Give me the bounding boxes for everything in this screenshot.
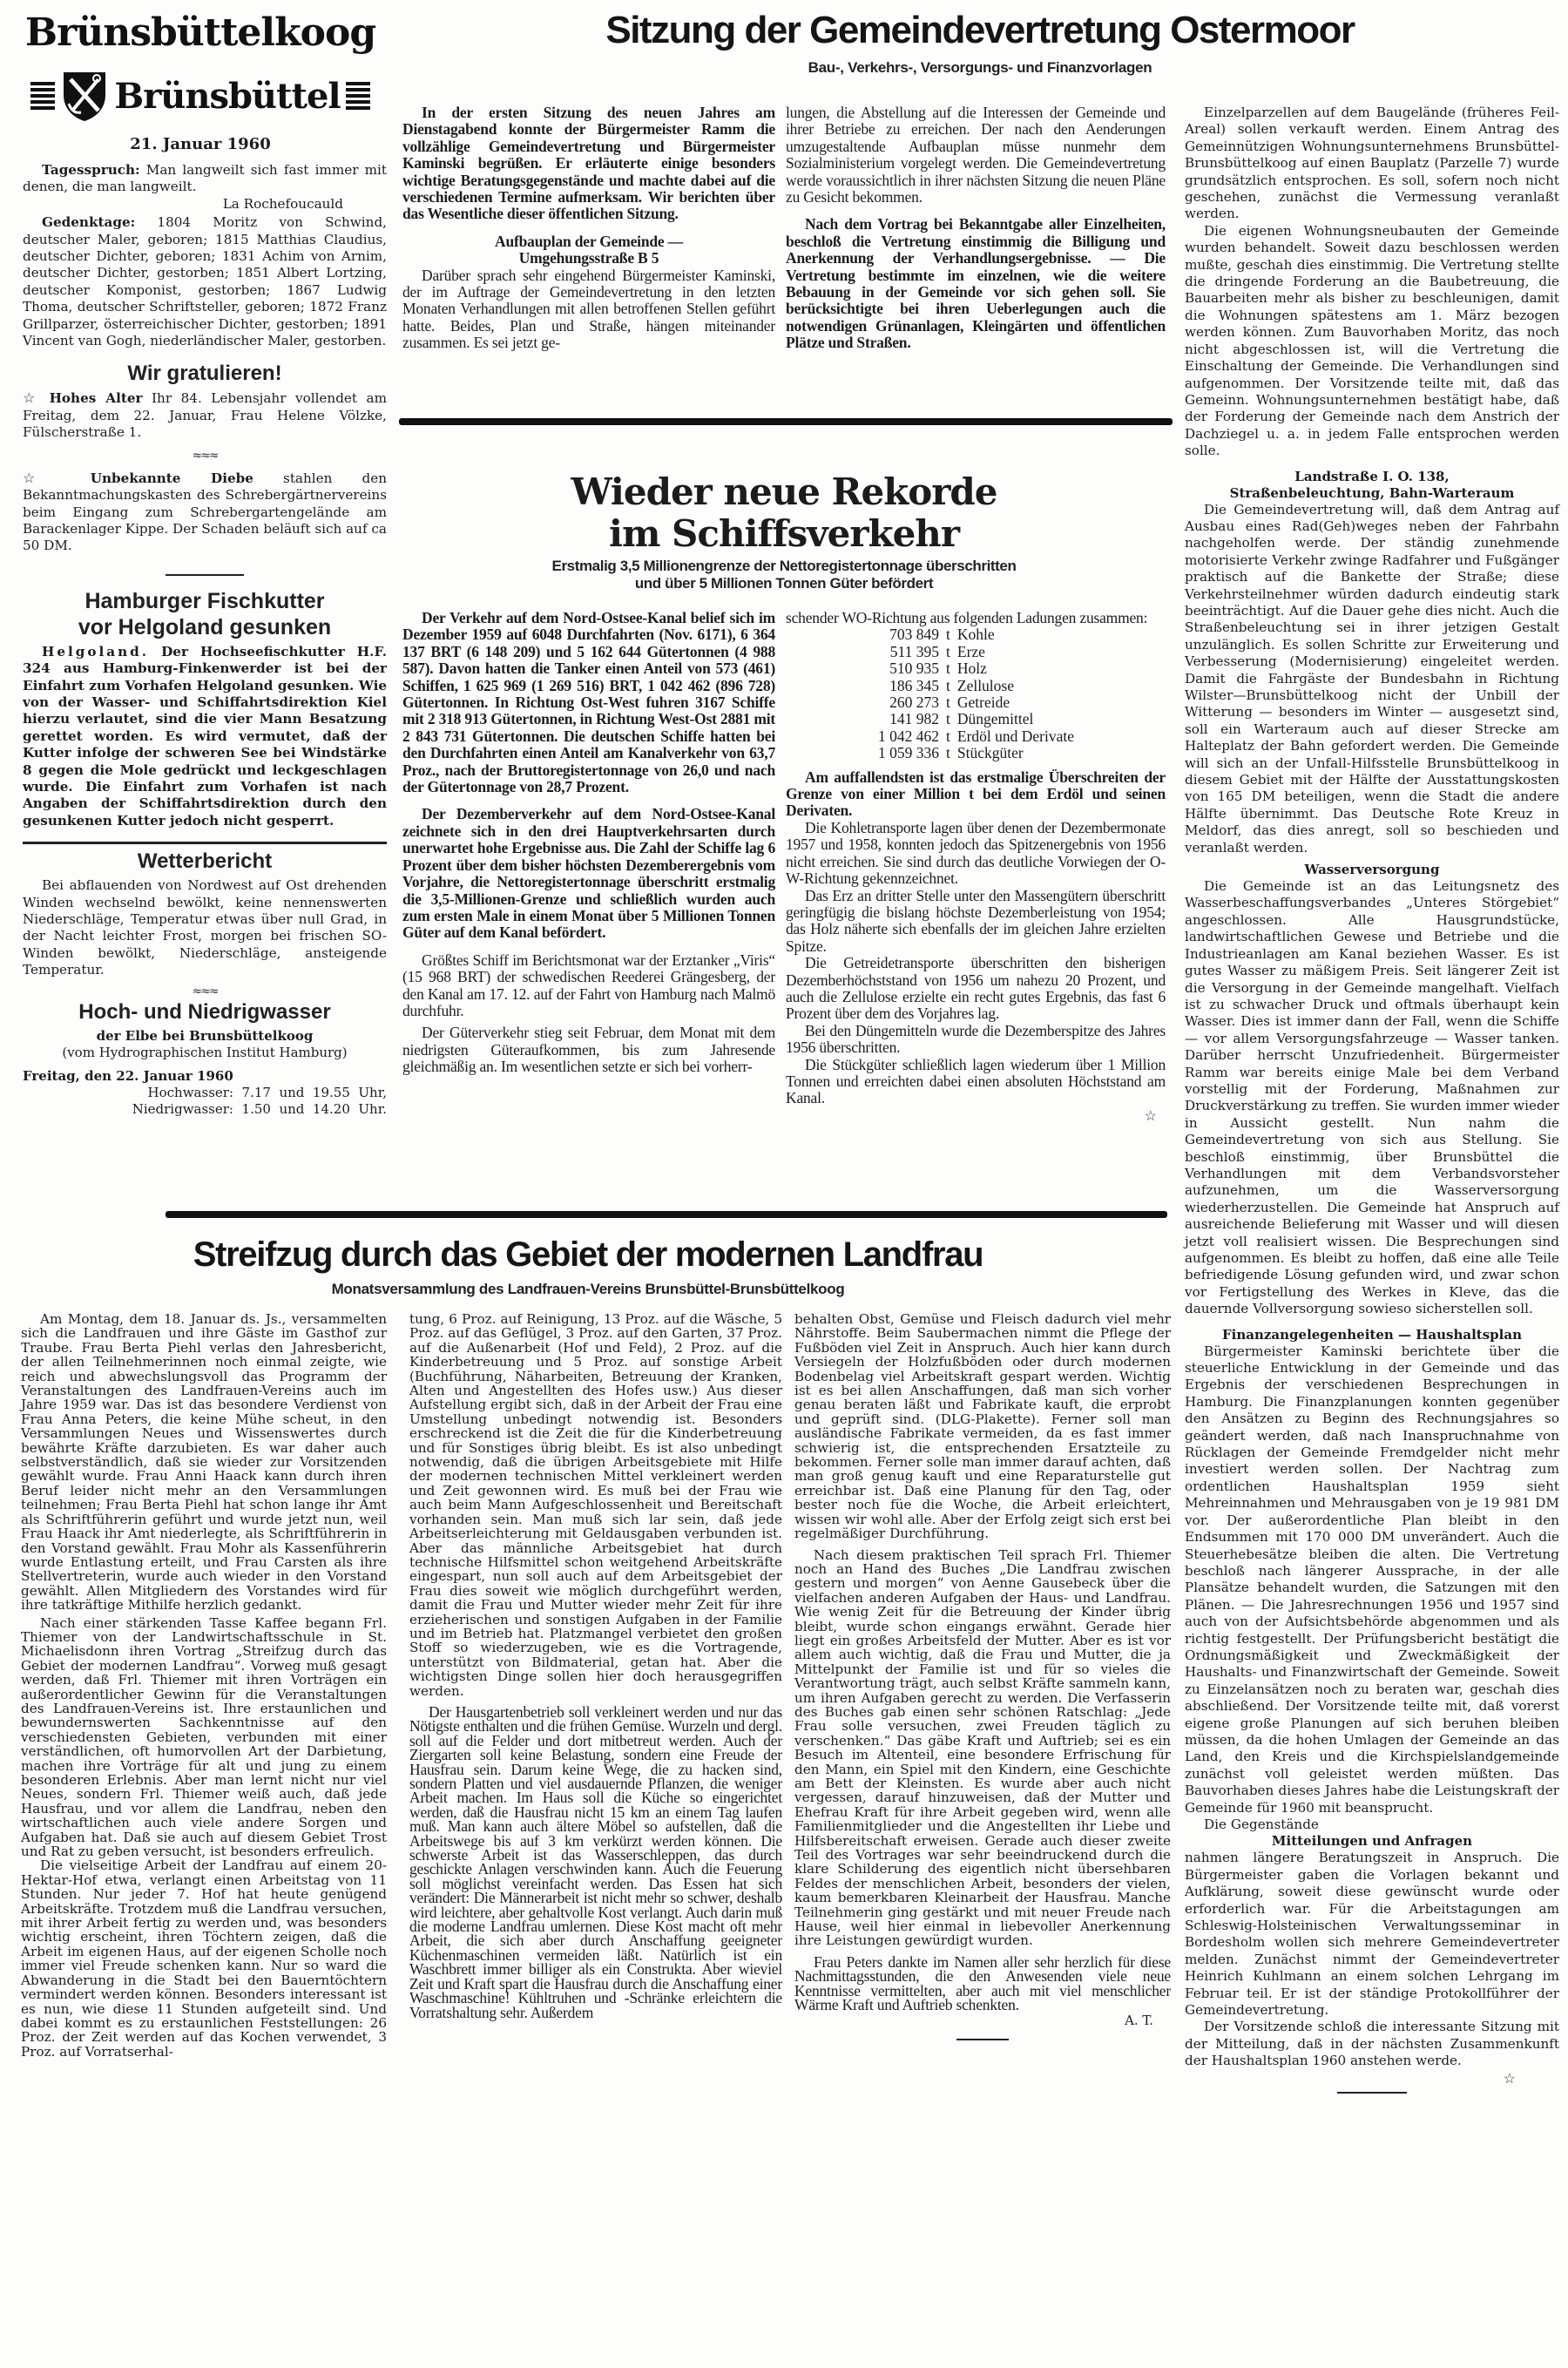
sitzung-section1-text: Darüber sprach sehr eingehend Bürgermeis… [402, 267, 775, 352]
cargo-table: 703 849tKohle 511 395tErze 510 935tHolz … [821, 626, 1078, 761]
table-row: 703 849tKohle [821, 626, 1078, 643]
diebe-label: Unbekannte Diebe [91, 470, 253, 486]
fischkutter-dateline: Helgoland. [42, 644, 149, 660]
sitzung-closing: Der Vorsitzende schloß die interessante … [1185, 2019, 1559, 2069]
rekorde-col2-p1: Die Kohletransporte lagen über denen der… [786, 820, 1166, 888]
sitzung-col3: Einzelparzellen auf dem Baugelände (früh… [1185, 105, 1559, 2099]
landfrau-headline: Streifzug durch das Gebiet der modernen … [0, 1235, 1176, 1275]
divider [166, 574, 244, 576]
wave-divider-icon: ≈≈≈ [23, 984, 387, 998]
wasserstand-heading: Hoch- und Niedrigwasser [23, 1000, 387, 1025]
sitzung-subheadline: Bau-, Verkehrs-, Versorgungs- und Finanz… [392, 59, 1568, 77]
tagesspruch-author: La Rochefoucauld [23, 196, 387, 213]
rekorde-col1-bold2: Der Dezemberverkehr auf dem Nord-Ostsee-… [402, 806, 775, 941]
star-icon: ☆ [23, 470, 61, 486]
table-row: 1 059 336tStückgüter [821, 745, 1078, 761]
sitzung-col3-p1: Einzelparzellen auf dem Baugelände (früh… [1185, 105, 1559, 223]
landfrau-col1: Am Montag, dem 18. Januar ds. Js., versa… [21, 1312, 387, 2059]
sitzung-section5-text: nahmen längere Beratungszeit in Anspruch… [1185, 1850, 1559, 2019]
hohes-alter-label: Hohes Alter [50, 390, 143, 406]
table-row: 510 935tHolz [821, 660, 1078, 677]
landfrau-col3-p2: Nach diesem praktischen Teil sprach Frl.… [794, 1548, 1171, 1948]
gedenktage-label: Gedenktage: [42, 214, 135, 230]
masthead: Brünsbüttelkoog Brünsbüttel 21. Januar 1… [17, 9, 383, 157]
unbekannte-diebe: ☆ Unbekannte Diebe stahlen den Bekanntma… [23, 470, 387, 555]
tagesspruch-label: Tagesspruch: [42, 162, 140, 178]
masthead-title-brunsbuettelkoog: Brünsbüttelkoog [17, 10, 383, 55]
wetter-heading: Wetterbericht [23, 849, 387, 874]
rekorde-col2: schender WO-Richtung aus folgenden Ladun… [786, 610, 1166, 1124]
sitzung-col1: In der ersten Sitzung des neuen Jahres a… [402, 105, 775, 352]
sitzung-col3-p2: Die eigenen Wohnungsneubauten der Gemein… [1185, 223, 1559, 460]
section-divider [166, 1211, 1167, 1218]
table-row: 1 042 462tErdöl und Derivate [821, 728, 1078, 745]
landfrau-col3-p1: behalten Obst, Gemüse und Fleisch dadurc… [794, 1312, 1171, 1541]
section-heading-landstrasse-1: Landstraße I. O. 138, [1185, 469, 1559, 485]
hochwasser-times: Hochwasser: 7.17 und 19.55 Uhr, [23, 1085, 387, 1101]
divider [23, 842, 387, 844]
rekorde-col1: Der Verkehr auf dem Nord-Ostsee-Kanal be… [402, 610, 775, 1076]
gedenktage: Gedenktage: 1804 Moritz von Schwind, deu… [23, 214, 387, 349]
fischkutter-text: Helgoland. Der Hochseefischkutter H.F. 3… [23, 644, 387, 829]
landfrau-col2-p2: Der Hausgartenbetrieb soll verkleinert w… [409, 1705, 782, 2020]
rekorde-col2-p3: Die Getreidetransporte überschritten den… [786, 955, 1166, 1023]
sitzung-lead: In der ersten Sitzung des neuen Jahres a… [402, 105, 775, 223]
section-heading-aufbauplan-2: Umgehungsstraße B 5 [402, 250, 775, 267]
rekorde-col2-p4: Bei den Düngemitteln wurde die Dezembers… [786, 1023, 1166, 1057]
sitzung-section2-text: Die Gemeindevertretung will, daß dem Ant… [1185, 502, 1559, 857]
wetter-text: Bei abflauenden von Nordwest auf Ost dre… [23, 877, 387, 978]
divider [956, 2039, 1009, 2040]
sitzung-section4-text: Bürgermeister Kaminski berichtete über d… [1185, 1343, 1559, 1817]
sitzung-col2-bold: Nach dem Vortrag bei Bekanntgabe aller E… [786, 216, 1166, 351]
table-row: 186 345tZellulose [821, 678, 1078, 694]
landfrau-col3: behalten Obst, Gemüse und Fleisch dadurc… [794, 1312, 1171, 2040]
sitzung-headline: Sitzung der Gemeindevertretung Ostermoor [392, 9, 1568, 52]
section-heading-mitteilungen: Mitteilungen und Anfragen [1185, 1833, 1559, 1850]
masthead-title-brunsbuettel: Brünsbüttel [114, 76, 340, 117]
wasserstand-day: Freitag, den 22. Januar 1960 [23, 1068, 387, 1085]
issue-date: 21. Januar 1960 [17, 135, 383, 153]
landfrau-col1-p1: Am Montag, dem 18. Januar ds. Js., versa… [21, 1312, 387, 1613]
fischkutter-body: Der Hochseefischkutter H.F. 324 aus Hamb… [23, 644, 387, 829]
landfrau-col1-p3: Die vielseitige Arbeit der Landfrau auf … [21, 1858, 387, 2059]
section-heading-finanzen: Finanzangelegenheiten — Haushaltsplan [1185, 1327, 1559, 1343]
niedrigwasser-times: Niedrigwasser: 1.50 und 14.20 Uhr. [23, 1101, 387, 1118]
section-heading-wasserversorgung: Wasserversorgung [1185, 862, 1559, 878]
anchor-crest-icon [60, 69, 109, 123]
gratulieren-heading: Wir gratulieren! [23, 362, 387, 386]
rekorde-col2-bold: Am auffallendsten ist das erstmalige Übe… [786, 769, 1166, 820]
table-row: 141 982tDüngemittel [821, 711, 1078, 727]
rekorde-col1-bold1: Der Verkehr auf dem Nord-Ostsee-Kanal be… [402, 610, 775, 795]
banner-right-icon [346, 82, 370, 110]
sitzung-col2: lungen, die Abstellung auf die Interesse… [786, 105, 1166, 352]
left-column: Tagesspruch: Man langweilt sich fast imm… [23, 162, 387, 1118]
rekorde-sub-line1: Erstmalig 3,5 Millionengrenze der Nettor… [392, 558, 1176, 575]
rekorde-sub-line2: und über 5 Millionen Tonnen Güter beförd… [392, 575, 1176, 592]
rekorde-col2-p2: Das Erz an dritter Stelle unter den Mass… [786, 888, 1166, 956]
star-icon: ☆ [786, 1107, 1166, 1124]
landfrau-subheadline: Monatsversammlung des Landfrauen-Vereins… [0, 1281, 1176, 1298]
fischkutter-heading-line2: vor Helgoland gesunken [23, 614, 387, 640]
banner-left-icon [30, 82, 55, 110]
sitzung-section3-text: Die Gemeinde ist an das Leitungsnetz des… [1185, 878, 1559, 1318]
landfrau-col1-p2: Nach einer stärkenden Tasse Kaffee began… [21, 1616, 387, 1859]
table-row: 511 395tErze [821, 644, 1078, 660]
fischkutter-heading-line1: Hamburger Fischkutter [23, 588, 387, 614]
section-heading-aufbauplan-1: Aufbauplan der Gemeinde — [402, 233, 775, 250]
sitzung-section5-pre: Die Gegenstände [1185, 1817, 1559, 1833]
wasserstand-sub1: der Elbe bei Brunsbüttelkoog [23, 1028, 387, 1045]
hohes-alter: ☆ Hohes Alter Ihr 84. Lebensjahr vollend… [23, 389, 387, 441]
landfrau-col2-p1: tung, 6 Proz. auf Reinigung, 13 Proz. au… [409, 1312, 782, 1698]
masthead-second-line: Brünsbüttel [26, 70, 375, 122]
rekorde-headline-line1: Wieder neue Rekorde [392, 470, 1176, 513]
section-heading-landstrasse-2: Straßenbeleuchtung, Bahn-Warteraum [1185, 485, 1559, 502]
star-icon: ☆ [1185, 2070, 1559, 2087]
rekorde-col2-intro: schender WO-Richtung aus folgenden Ladun… [786, 610, 1166, 626]
gedenktage-text: 1804 Moritz von Schwind, deutscher Maler… [23, 214, 387, 348]
landfrau-col3-p3: Frau Peters dankte im Namen aller sehr h… [794, 1955, 1171, 2013]
wave-divider-icon: ≈≈≈ [23, 449, 387, 463]
divider [1337, 2092, 1407, 2094]
rekorde-col2-p5: Die Stückgüter schließlich lagen wiederu… [786, 1057, 1166, 1107]
sitzung-col2-text: lungen, die Abstellung auf die Interesse… [786, 105, 1166, 206]
landfrau-signature: A. T. [794, 2013, 1171, 2028]
star-icon: ☆ [23, 389, 40, 406]
rekorde-col1-p4: Der Güterverkehr stieg seit Februar, dem… [402, 1025, 775, 1075]
rekorde-col1-p3: Größtes Schiff im Berichtsmonat war der … [402, 952, 775, 1020]
section-divider [399, 418, 1173, 425]
rekorde-headline-line2: im Schiffsverkehr [392, 512, 1176, 555]
table-row: 260 273tGetreide [821, 694, 1078, 711]
wasserstand-sub2: (vom Hydrographischen Institut Hamburg) [23, 1045, 387, 1061]
tagesspruch: Tagesspruch: Man langweilt sich fast imm… [23, 162, 387, 196]
landfrau-col2: tung, 6 Proz. auf Reinigung, 13 Proz. au… [409, 1312, 782, 2020]
